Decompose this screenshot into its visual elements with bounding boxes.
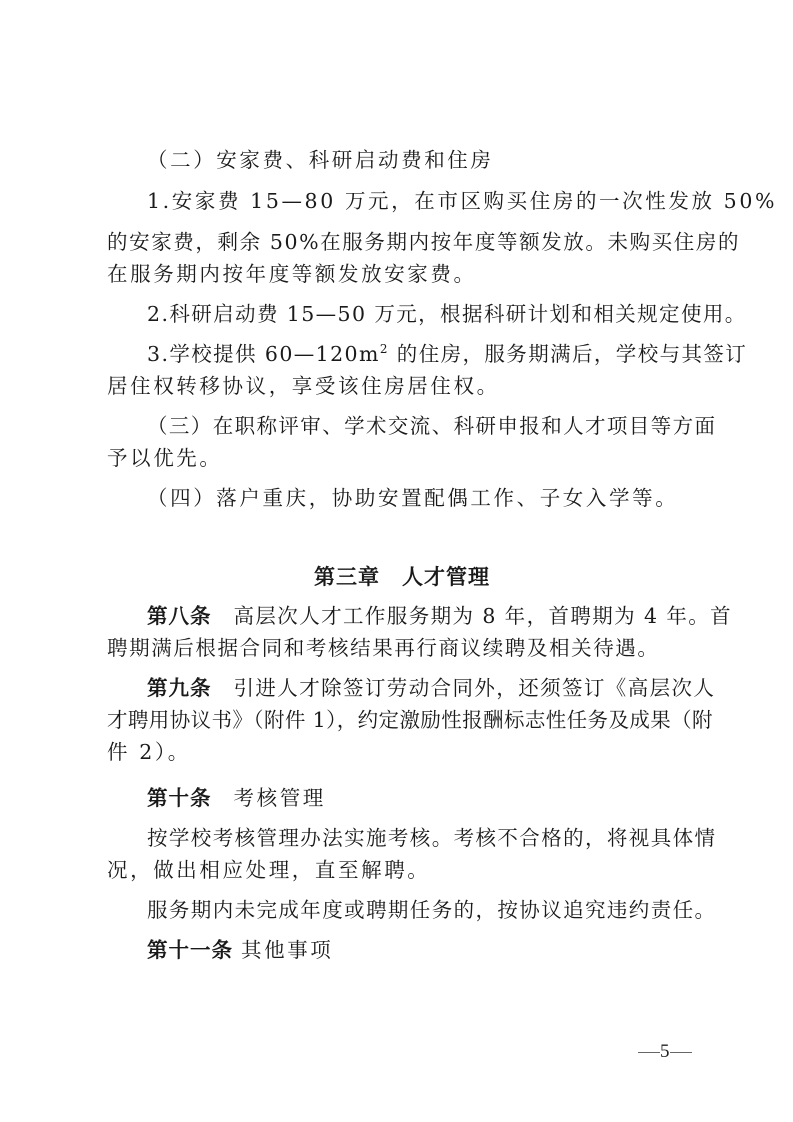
section-2-item-2: 2.科研启动费 15—50 万元，根据科研计划和相关规定使用。 [147, 300, 697, 328]
article-8-text: 高层次人才工作服务期为 8 年，首聘期为 4 年。首 [234, 604, 733, 628]
chapter-title: 人才管理 [402, 565, 490, 589]
article-10-title: 考核管理 [234, 786, 326, 810]
article-11-label: 第十一条 [147, 938, 233, 962]
article-10-heading: 第十条考核管理 [147, 784, 697, 812]
section-4-line-1: （四）落户重庆，协助安置配偶工作、子女入学等。 [147, 484, 697, 512]
section-2-item-1-line-1: 1.安家费 15—80 万元，在市区购买住房的一次性发放 50% [147, 187, 697, 215]
page-number-value: 5 [660, 1041, 670, 1062]
page-number-dash-left [638, 1052, 660, 1053]
section-3-line-1: （三）在职称评审、学术交流、科研申报和人才项目等方面 [147, 412, 697, 440]
section-2-title: （二）安家费、科研启动费和住房 [147, 146, 697, 174]
article-10-label: 第十条 [147, 786, 212, 810]
section-2-item-3-line-2: 居住权转移协议，享受该住房居住权。 [107, 372, 697, 400]
item-3-text-post: 的住房，服务期满后，学校与其签订 [389, 342, 747, 366]
article-10-para-1-line-1: 按学校考核管理办法实施考核。考核不合格的，将视具体情 [147, 824, 697, 852]
section-2-item-1-line-2: 的安家费，剩余 50%在服务期内按年度等额发放。未购买住房的 [107, 228, 697, 256]
article-10-para-1-line-2: 况，做出相应处理，直至解聘。 [107, 856, 697, 884]
section-2-item-1-line-3: 在服务期内按年度等额发放安家费。 [107, 260, 697, 288]
section-2-item-3-line-1: 3.学校提供 60—120m2 的住房，服务期满后，学校与其签订 [147, 340, 697, 368]
article-9-text: 引进人才除签订劳动合同外，还须签订《高层次人 [234, 676, 716, 700]
article-8-line-1: 第八条高层次人才工作服务期为 8 年，首聘期为 4 年。首 [147, 602, 697, 630]
article-11-heading: 第十一条其他事项 [147, 936, 697, 964]
chapter-number: 第三章 [314, 565, 380, 589]
article-10-para-2: 服务期内未完成年度或聘期任务的，按协议追究违约责任。 [147, 896, 697, 924]
article-8-label: 第八条 [147, 604, 212, 628]
chapter-heading: 第三章人才管理 [107, 563, 697, 591]
section-3-line-2: 予以优先。 [107, 444, 697, 472]
item-3-superscript: 2 [380, 342, 389, 356]
article-8-line-2: 聘期满后根据合同和考核结果再行商议续聘及相关待遇。 [107, 634, 697, 662]
page-number-dash-right [670, 1052, 692, 1053]
article-11-title: 其他事项 [241, 938, 333, 962]
item-3-text-pre: 3.学校提供 60—120m [147, 342, 380, 366]
article-9-line-1: 第九条引进人才除签订劳动合同外，还须签订《高层次人 [147, 674, 697, 702]
article-9-line-3: 件 2）。 [107, 738, 697, 766]
article-9-label: 第九条 [147, 676, 212, 700]
page-number: 5 [638, 1040, 692, 1064]
article-9-line-2: 才聘用协议书》（附件 1），约定激励性报酬标志性任务及成果（附 [107, 706, 697, 734]
